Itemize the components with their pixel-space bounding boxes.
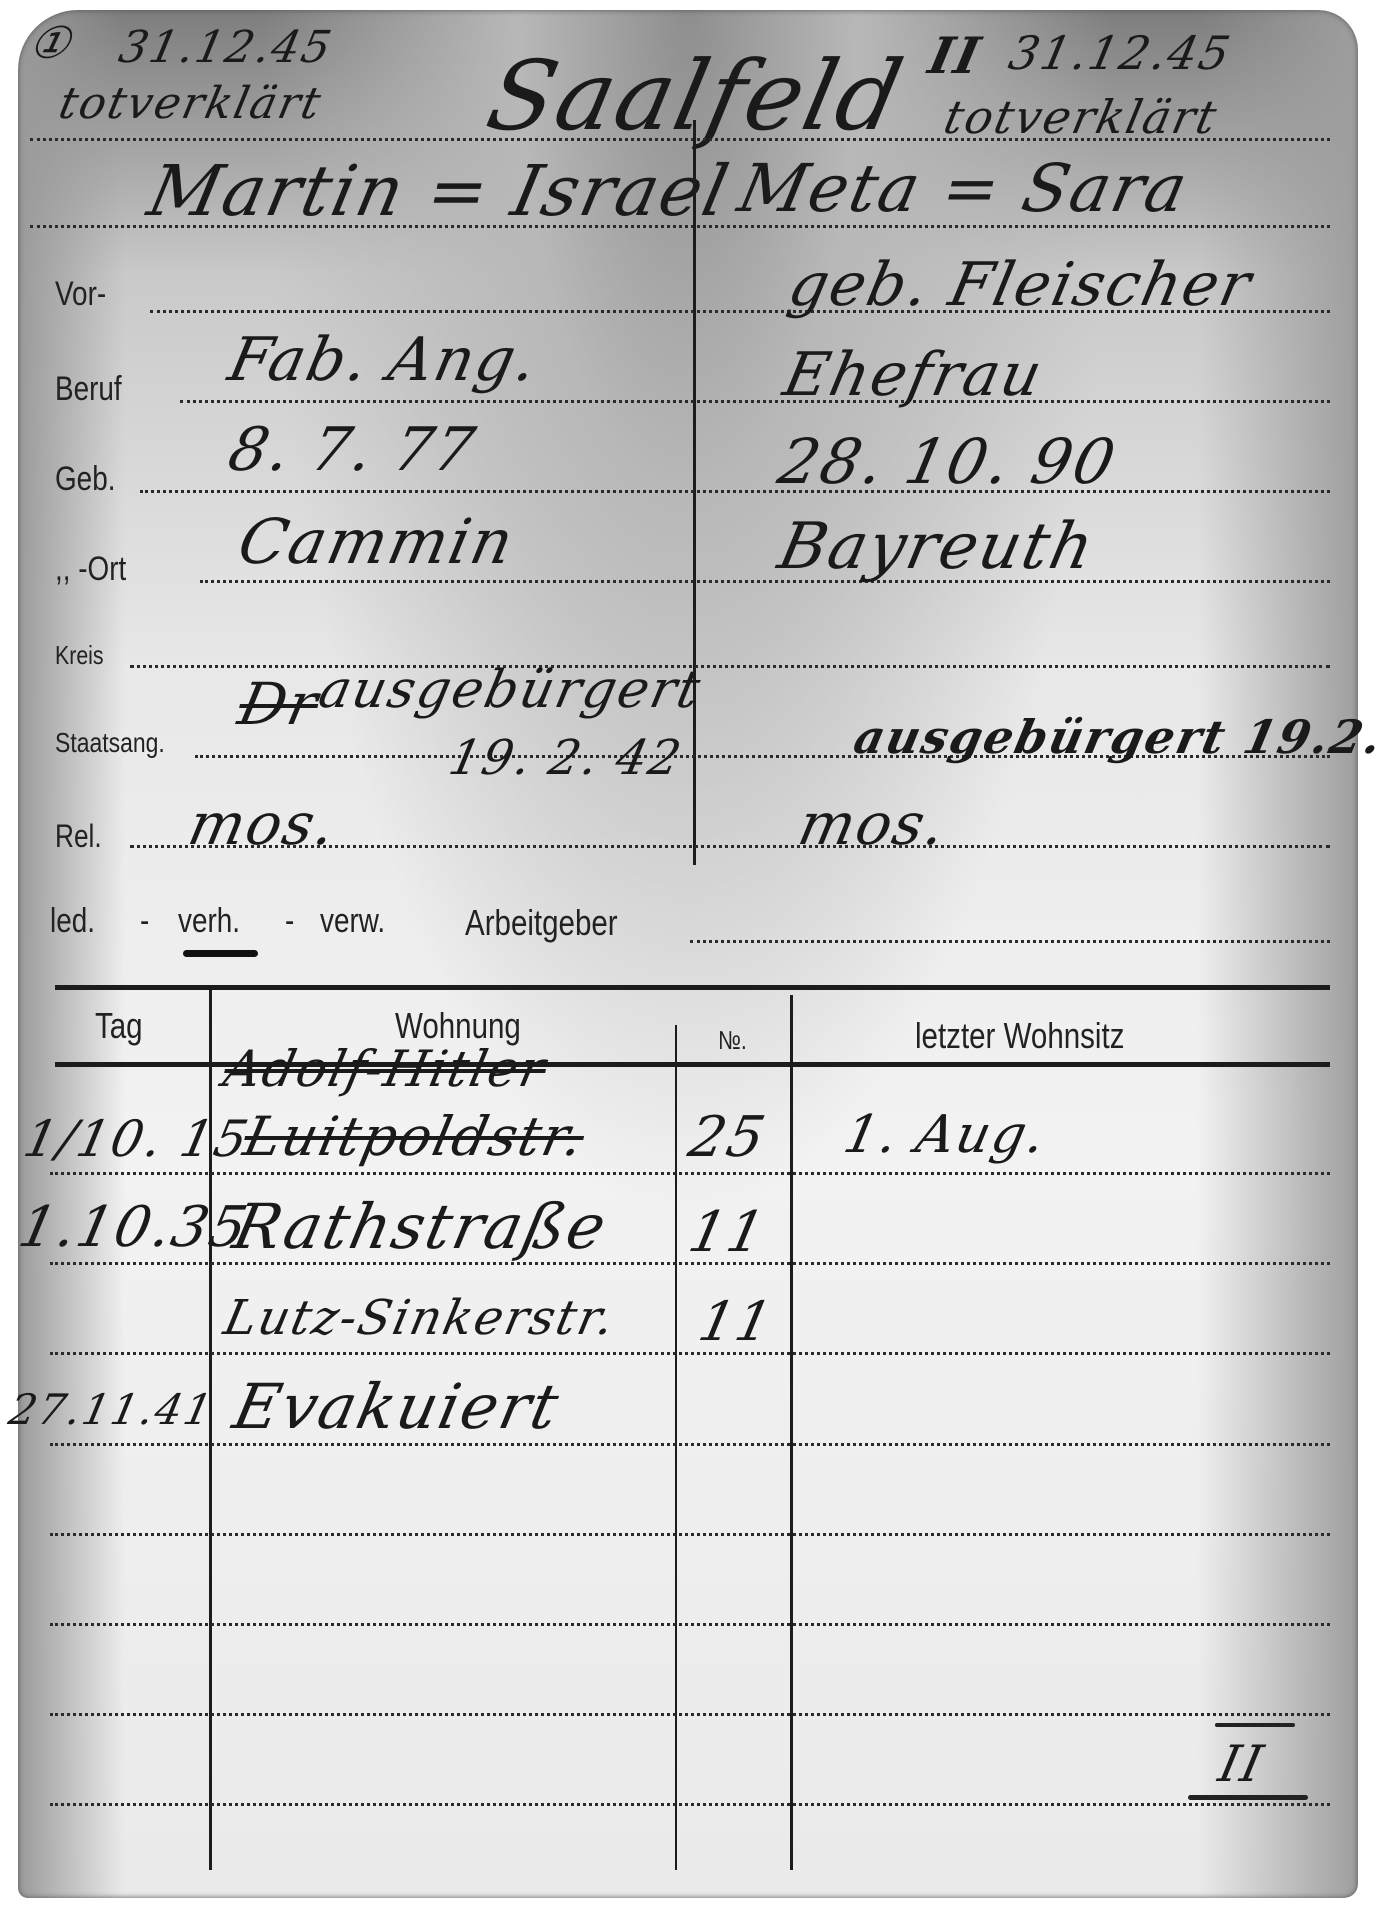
column-header-nr: №. — [718, 1025, 747, 1056]
rule-line — [50, 1803, 1330, 1806]
card-number-overline — [1215, 1723, 1295, 1727]
table-row-1-wohnung: Luitpoldstr. — [238, 1105, 590, 1168]
table-top-rule — [55, 985, 1330, 990]
person2-name: Meta = Sara — [732, 150, 1196, 227]
label-geb: Geb. — [55, 460, 115, 499]
person1-geb-ort: Cammin — [232, 505, 521, 578]
rule-line — [50, 1623, 1330, 1626]
header-right-date: 31.12.45 — [1004, 26, 1236, 80]
label-verh: verh. — [178, 902, 240, 941]
person2-geb-ort: Bayreuth — [772, 510, 1102, 584]
table-row-0-wohnung: Adolf-Hitler — [219, 1040, 552, 1098]
person1-staatsang-date: 19. 2. 42 — [444, 730, 688, 786]
person2-beruf: Ehefrau — [778, 340, 1050, 410]
label-beruf: Beruf — [55, 370, 122, 409]
person1-name: Martin = Israel — [141, 150, 737, 232]
label-rel: Rel. — [55, 818, 102, 855]
label-arbeitgeber: Arbeitgeber — [465, 902, 618, 944]
rule-line — [50, 1533, 1330, 1536]
person1-staatsang: ausgebürgert — [314, 660, 707, 720]
rule-line — [130, 665, 1330, 668]
table-row-2-tag: 1.10.35 — [13, 1195, 255, 1260]
person1-rel: mos. — [183, 790, 344, 858]
table-row-4-tag: 27.11.41 — [5, 1385, 218, 1434]
person2-rel: mos. — [793, 790, 954, 858]
person1-geb: 8. 7. 77 — [223, 415, 483, 485]
header-left-date: 31.12.45 — [115, 22, 338, 73]
label-ort: ,, -Ort — [55, 550, 126, 589]
separator: - — [285, 902, 294, 941]
header-right-status: totverklärt — [939, 90, 1223, 144]
table-row-1-nr: 25 — [683, 1105, 772, 1170]
table-row-3-wohnung: Lutz-Sinkerstr. — [219, 1290, 621, 1346]
table-row-2-wohnung: Rathstraße — [227, 1190, 614, 1263]
separator: - — [140, 902, 149, 941]
table-row-1-letzter: 1. Aug. — [839, 1105, 1053, 1165]
rule-line — [30, 138, 1330, 141]
person2-vorname-extra: geb. Fleischer — [783, 250, 1259, 320]
table-row-2-nr: 11 — [683, 1200, 772, 1265]
verh-underline-mark — [183, 950, 258, 957]
column-divider — [675, 1025, 677, 1870]
label-ledig: led. — [50, 902, 95, 941]
table-row-3-nr: 11 — [693, 1290, 779, 1353]
person2-staatsang: ausgebürgert 19.2.42 — [849, 710, 1375, 764]
column-header-letzter-wohnsitz: letzter Wohnsitz — [915, 1015, 1124, 1057]
rule-line — [180, 400, 1330, 403]
rule-line — [50, 1172, 1330, 1175]
rule-line — [200, 580, 1330, 583]
rule-line — [50, 1352, 1330, 1355]
column-divider — [790, 995, 793, 1870]
person1-beruf: Fab. Ang. — [223, 325, 545, 395]
table-row-1-tag: 1/10. 15 — [19, 1110, 255, 1168]
rule-line — [50, 1713, 1330, 1716]
table-row-4-wohnung: Evakuiert — [227, 1370, 566, 1443]
card-number-underline — [1188, 1795, 1308, 1800]
person1-staatsang-struck: Dr — [233, 670, 326, 738]
header-left-status: totverklärt — [55, 78, 327, 129]
person2-geb: 28. 10. 90 — [772, 425, 1123, 498]
column-header-tag: Tag — [95, 1005, 143, 1047]
label-vor: Vor- — [55, 275, 106, 314]
rule-line — [690, 940, 1330, 943]
label-staatsang: Staatsang. — [55, 727, 165, 759]
label-kreis: Kreis — [55, 640, 104, 671]
rule-line — [140, 490, 1330, 493]
label-verw: verw. — [320, 902, 385, 941]
rule-line — [50, 1443, 1330, 1446]
